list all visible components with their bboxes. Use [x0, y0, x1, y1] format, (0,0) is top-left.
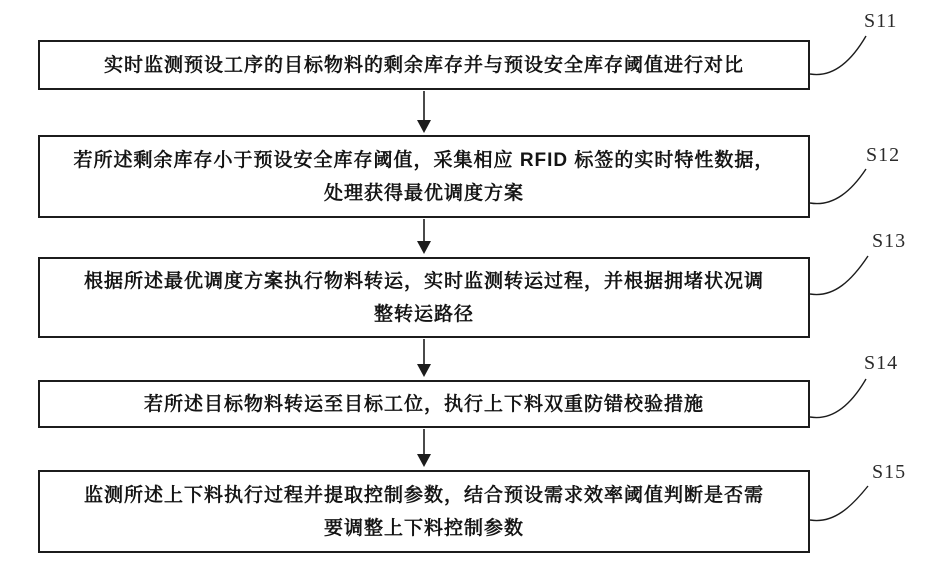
step-text-line: 要调整上下料控制参数 — [324, 512, 524, 545]
step-text-line: 监测所述上下料执行过程并提取控制参数，结合预设需求效率阈值判断是否需 — [84, 479, 764, 512]
step-label-s14: S14 — [864, 352, 898, 375]
step-label-s12: S12 — [866, 144, 900, 167]
step-label-s11: S11 — [864, 10, 897, 33]
leader-line-s11 — [810, 36, 866, 75]
step-label-s13: S13 — [872, 230, 906, 253]
down-arrow-icon — [417, 91, 431, 133]
step-box-s13: 根据所述最优调度方案执行物料转运，实时监测转运过程，并根据拥堵状况调 整转运路径 — [38, 257, 810, 338]
step-box-s11: 实时监测预设工序的目标物料的剩余库存并与预设安全库存阈值进行对比 — [38, 40, 810, 90]
step-label-s15: S15 — [872, 461, 906, 484]
down-arrow-icon — [417, 339, 431, 377]
flowchart: 实时监测预设工序的目标物料的剩余库存并与预设安全库存阈值进行对比 若所述剩余库存… — [0, 0, 927, 587]
leader-line-s12 — [810, 169, 866, 204]
step-text-line: 处理获得最优调度方案 — [324, 177, 524, 210]
step-text-line: 若所述目标物料转运至目标工位，执行上下料双重防错校验措施 — [144, 388, 704, 421]
step-box-s14: 若所述目标物料转运至目标工位，执行上下料双重防错校验措施 — [38, 380, 810, 428]
leader-line-s15 — [810, 486, 868, 521]
step-box-s15: 监测所述上下料执行过程并提取控制参数，结合预设需求效率阈值判断是否需 要调整上下… — [38, 470, 810, 553]
down-arrow-icon — [417, 429, 431, 467]
step-text-line: 整转运路径 — [374, 298, 474, 331]
down-arrow-icon — [417, 219, 431, 254]
leader-line-s14 — [810, 379, 866, 418]
step-box-s12: 若所述剩余库存小于预设安全库存阈值，采集相应 RFID 标签的实时特性数据， 处… — [38, 135, 810, 218]
leader-line-s13 — [810, 256, 868, 295]
step-text-line: 根据所述最优调度方案执行物料转运，实时监测转运过程，并根据拥堵状况调 — [84, 265, 764, 298]
step-text-line: 若所述剩余库存小于预设安全库存阈值，采集相应 RFID 标签的实时特性数据， — [74, 144, 775, 177]
step-text-line: 实时监测预设工序的目标物料的剩余库存并与预设安全库存阈值进行对比 — [104, 49, 744, 82]
